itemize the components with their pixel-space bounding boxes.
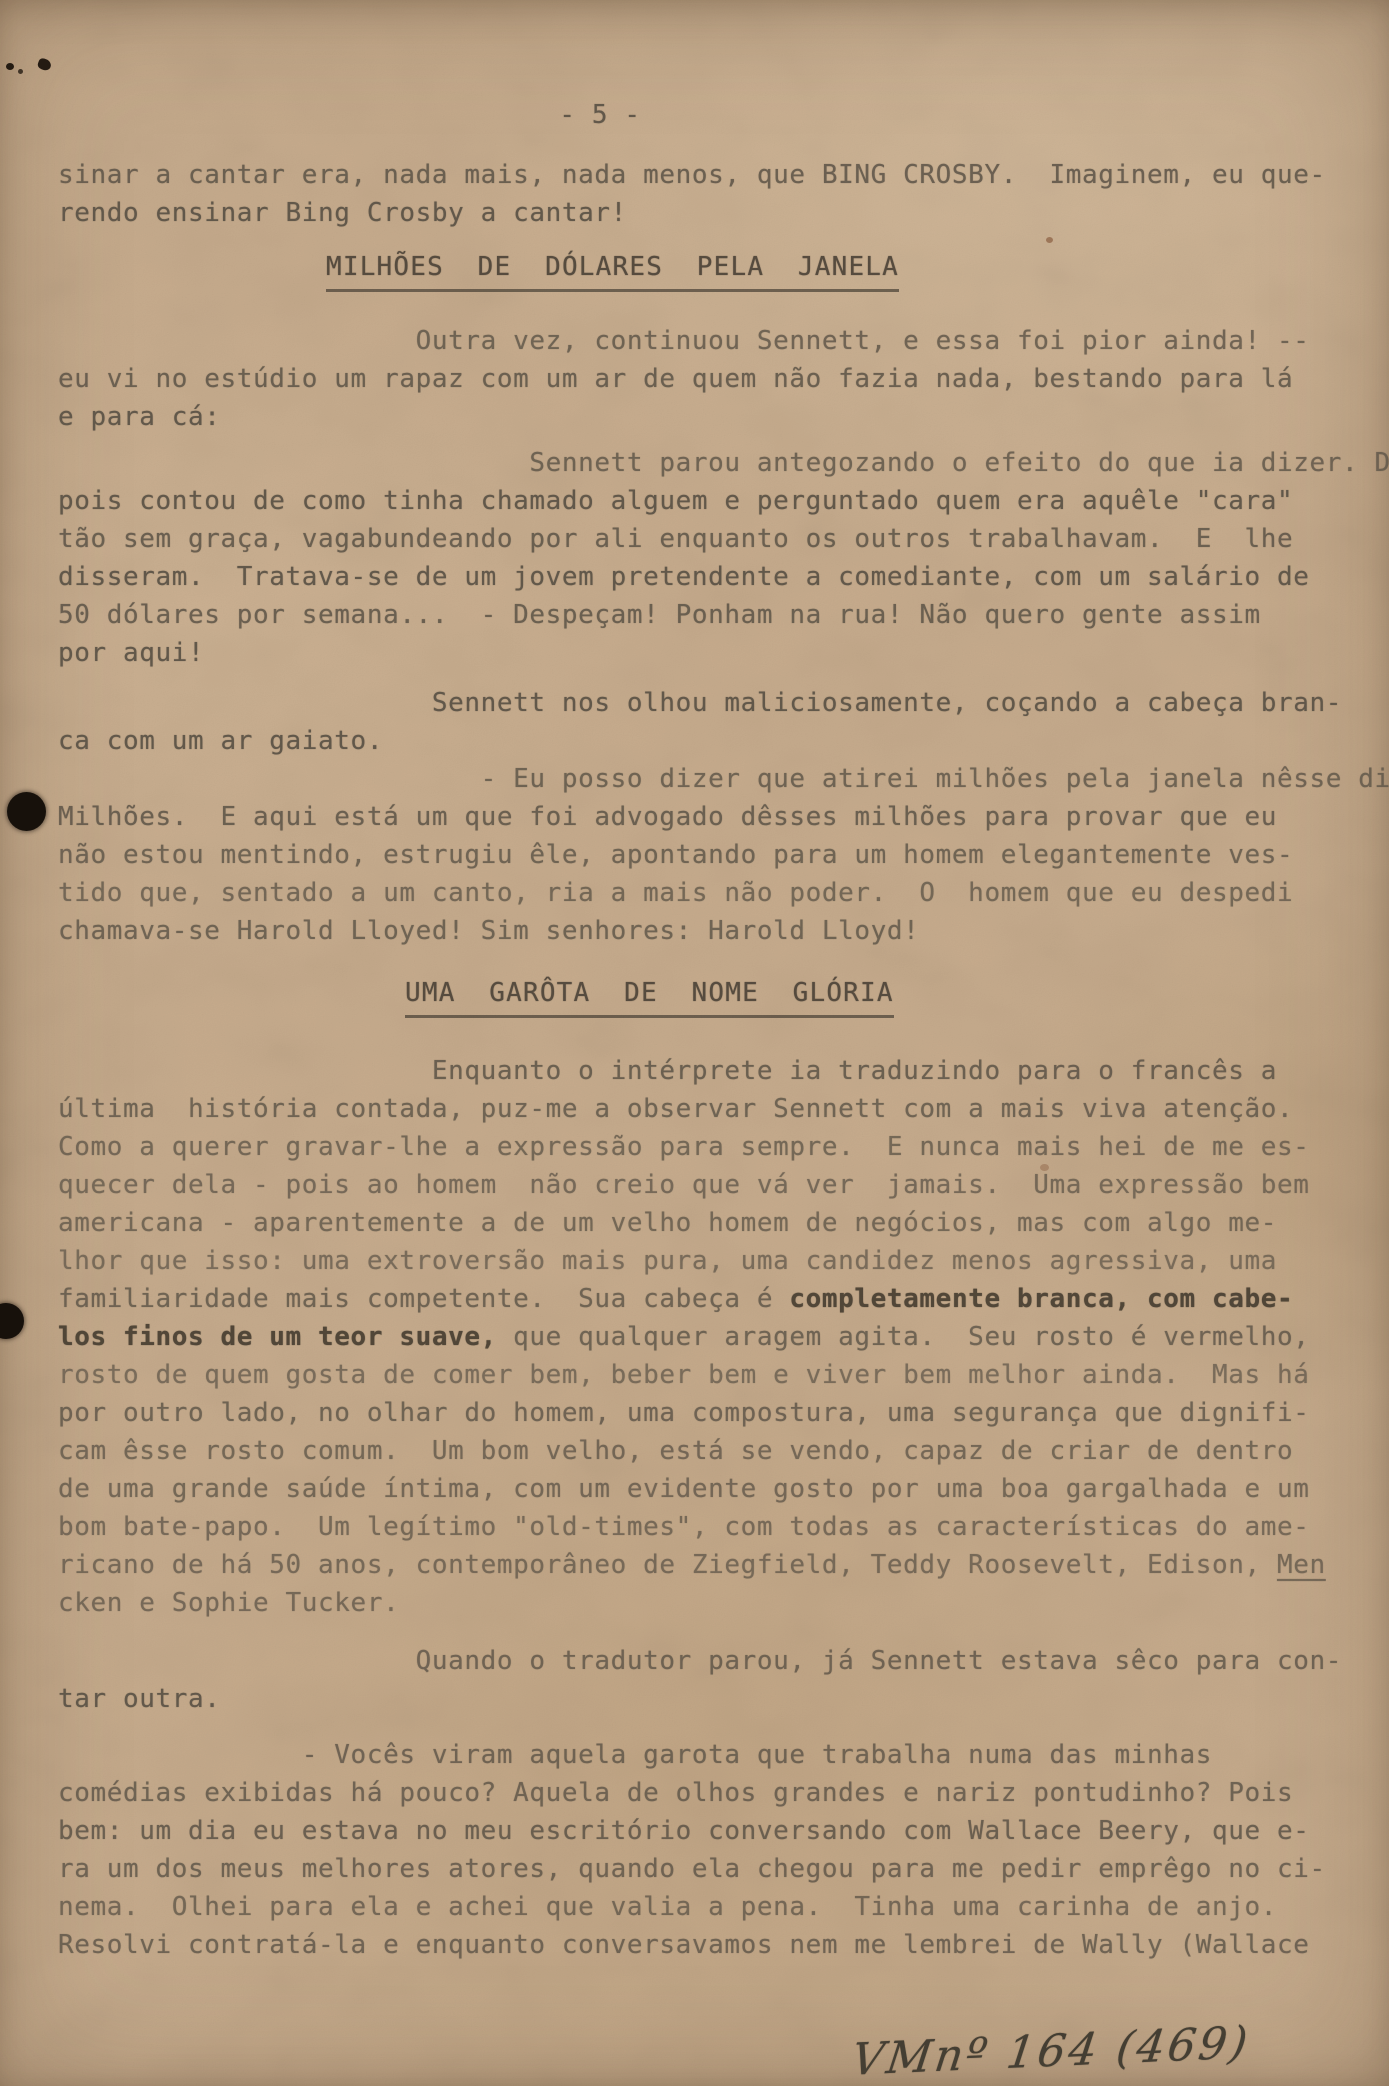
- text-line: rendo ensinar Bing Crosby a cantar!: [58, 194, 1358, 232]
- text-line: sinar a cantar era, nada mais, nada meno…: [58, 156, 1358, 194]
- text-line: americana - aparentemente a de um velho …: [58, 1204, 1358, 1242]
- section-gloria-body: Enquanto o intérprete ia traduzindo para…: [58, 1052, 1358, 1964]
- section-millions-body: Outra vez, continuou Sennett, e essa foi…: [58, 322, 1358, 950]
- text-line: por outro lado, no olhar do homem, uma c…: [58, 1394, 1358, 1432]
- text-line: Outra vez, continuou Sennett, e essa foi…: [58, 322, 1358, 360]
- punch-hole: [0, 1303, 24, 1339]
- text-line: tão sem graça, vagabundeando por ali enq…: [58, 520, 1358, 558]
- punch-hole: [7, 792, 46, 831]
- text-line: disseram. Tratava-se de um jovem pretend…: [58, 558, 1358, 596]
- text-line: nema. Olhei para ela e achei que valia a…: [58, 1888, 1358, 1926]
- text-line: 50 dólares por semana... - Despeçam! Pon…: [58, 596, 1358, 634]
- text-line: por aqui!: [58, 634, 1358, 672]
- ink-speck: [37, 57, 53, 72]
- text-line: bom bate-papo. Um legítimo "old-times", …: [58, 1508, 1358, 1546]
- section-heading-wrap: MILHÕES DE DÓLARES PELA JANELA: [326, 248, 1358, 292]
- text-line: los finos de um teor suave, que qualquer…: [58, 1318, 1358, 1356]
- text-line: Sennett parou antegozando o efeito do qu…: [58, 444, 1358, 482]
- intro-paragraph: sinar a cantar era, nada mais, nada meno…: [58, 156, 1358, 232]
- text-line: tar outra.: [58, 1680, 1358, 1718]
- section-heading-wrap: UMA GARÔTA DE NOME GLÓRIA: [405, 974, 1358, 1018]
- typewritten-content: - 5 - sinar a cantar era, nada mais, nad…: [58, 0, 1358, 1964]
- ink-speck: [6, 63, 14, 70]
- section-heading-millions: MILHÕES DE DÓLARES PELA JANELA: [326, 248, 899, 292]
- text-line: cam êsse rosto comum. Um bom velho, está…: [58, 1432, 1358, 1470]
- text-line: ra um dos meus melhores atores, quando e…: [58, 1850, 1358, 1888]
- text-line: - Vocês viram aquela garota que trabalha…: [58, 1736, 1358, 1774]
- handwritten-note: VMnº 164 (469): [849, 2017, 1254, 2086]
- text-line: - Eu posso dizer que atirei milhões pela…: [58, 760, 1358, 798]
- text-line: eu vi no estúdio um rapaz com um ar de q…: [58, 360, 1358, 398]
- text-line: Resolvi contratá-la e enquanto conversav…: [58, 1926, 1358, 1964]
- text-line: chamava-se Harold Lloyed! Sim senhores: …: [58, 912, 1358, 950]
- text-line: ricano de há 50 anos, contemporâneo de Z…: [58, 1546, 1358, 1584]
- text-line: Como a querer gravar-lhe a expressão par…: [58, 1128, 1358, 1166]
- page-number: - 5 -: [0, 96, 1250, 134]
- text-line: comédias exibidas há pouco? Aquela de ol…: [58, 1774, 1358, 1812]
- document-page: - 5 - sinar a cantar era, nada mais, nad…: [0, 0, 1389, 2086]
- text-line: quecer dela - pois ao homem não creio qu…: [58, 1166, 1358, 1204]
- text-line: tido que, sentado a um canto, ria a mais…: [58, 874, 1358, 912]
- text-line: de uma grande saúde íntima, com um evide…: [58, 1470, 1358, 1508]
- ink-speck: [18, 69, 23, 74]
- section-heading-gloria: UMA GARÔTA DE NOME GLÓRIA: [405, 974, 894, 1018]
- text-line: ca com um ar gaiato.: [58, 722, 1358, 760]
- text-line: Milhões. E aqui está um que foi advogado…: [58, 798, 1358, 836]
- text-line: Enquanto o intérprete ia traduzindo para…: [58, 1052, 1358, 1090]
- text-line: rosto de quem gosta de comer bem, beber …: [58, 1356, 1358, 1394]
- text-line: última história contada, puz-me a observ…: [58, 1090, 1358, 1128]
- text-line: lhor que isso: uma extroversão mais pura…: [58, 1242, 1358, 1280]
- text-line: Sennett nos olhou maliciosamente, coçand…: [58, 684, 1358, 722]
- text-line: e para cá:: [58, 398, 1358, 436]
- text-line: cken e Sophie Tucker.: [58, 1584, 1358, 1622]
- text-line: familiaridade mais competente. Sua cabeç…: [58, 1280, 1358, 1318]
- text-line: não estou mentindo, estrugiu êle, aponta…: [58, 836, 1358, 874]
- text-line: pois contou de como tinha chamado alguem…: [58, 482, 1358, 520]
- text-line: Quando o tradutor parou, já Sennett esta…: [58, 1642, 1358, 1680]
- text-line: bem: um dia eu estava no meu escritório …: [58, 1812, 1358, 1850]
